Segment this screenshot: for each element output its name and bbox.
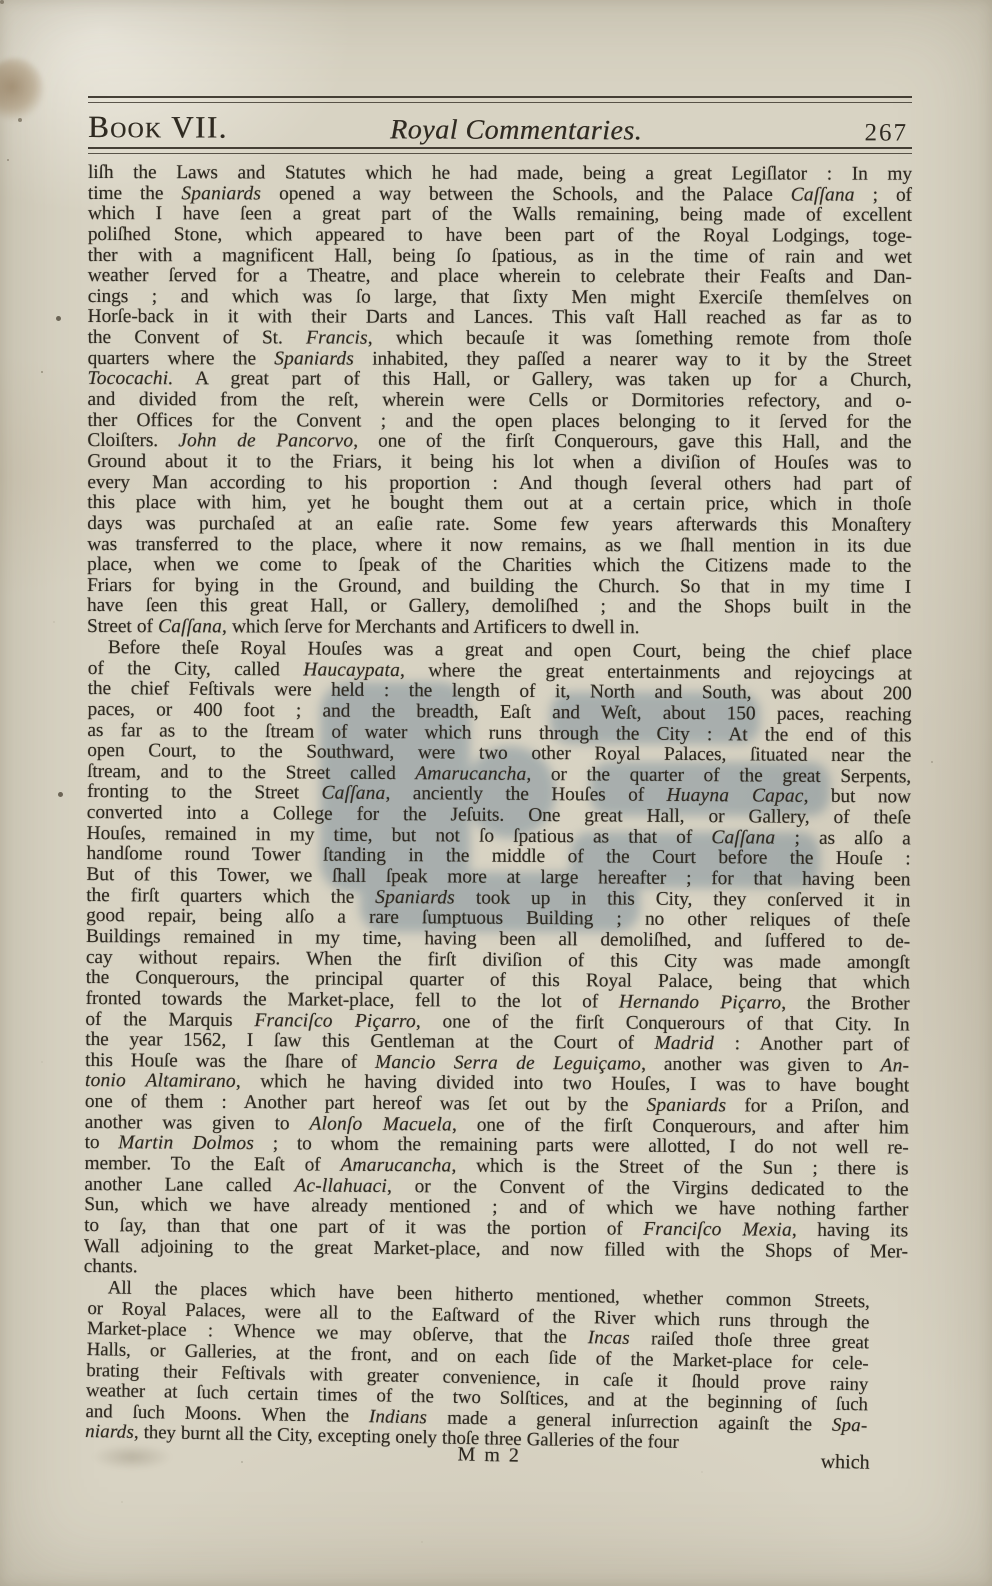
italic-text: Madrid <box>655 1033 715 1054</box>
running-header: Book VII. Royal Commentaries. 267 <box>88 109 912 149</box>
text-line: place, when we come to ſpeak of the Char… <box>87 555 911 577</box>
italic-text: Spa- <box>832 1414 868 1436</box>
scanned-book-page: Book VII. Royal Commentaries. 267 liſh t… <box>0 0 992 1586</box>
italic-text: Indians <box>369 1406 427 1428</box>
italic-text: Tococachi. <box>88 368 174 389</box>
catchword: which <box>821 1451 870 1475</box>
running-title: Royal Commentaries. <box>228 114 865 149</box>
italic-text: Caſſana <box>791 184 855 205</box>
text-line: days was purchaſed at an eaſie rate. Som… <box>87 514 911 536</box>
body-text: liſh the Laws and Statutes which he had … <box>88 163 912 1443</box>
paper-stain <box>0 58 44 122</box>
italic-text: Ac-llahuaci <box>294 1175 387 1197</box>
margin-mark <box>58 792 63 797</box>
italic-text: Huayna Capac <box>667 785 804 807</box>
text-line: Street of Caſſana, which ſerve for Merch… <box>87 617 911 639</box>
paper-speckles <box>0 0 4 4</box>
italic-text: Spaniards <box>646 1095 726 1117</box>
italic-text: John de Pancorvo <box>178 431 353 452</box>
italic-text: Spaniards <box>274 348 354 369</box>
italic-text: Spaniards <box>375 886 455 908</box>
italic-text: Franciſco Piçarro <box>254 1009 416 1031</box>
italic-text: Franciſco Mexia <box>643 1218 792 1240</box>
text-line: the Convent of St. Francis, which becauſ… <box>88 328 912 350</box>
italic-text: Martin Dolmos <box>118 1132 254 1154</box>
italic-text: Incas <box>588 1327 630 1349</box>
text-line: weather ſerved for a Theatre, and place … <box>88 266 912 288</box>
text-line: and divided from the reſt, wherein were … <box>87 390 911 412</box>
paragraph: Before theſe Royal Houſes was a great an… <box>84 638 912 1283</box>
italic-text: tonio Altamirano <box>85 1070 236 1092</box>
italic-text: Amarucancha <box>340 1154 451 1176</box>
italic-text: Mancio Serra de Leguiçamo <box>375 1051 641 1074</box>
margin-mark <box>56 316 61 321</box>
text-block: Book VII. Royal Commentaries. 267 liſh t… <box>88 0 912 1443</box>
italic-text: Caſſana <box>158 616 222 637</box>
italic-text: Amarucancha <box>415 763 526 785</box>
text-line: this place with him, yet he bought them … <box>87 493 911 515</box>
italic-text: Francis <box>306 328 368 349</box>
page-number: 267 <box>864 119 912 147</box>
italic-text: Haucaypata <box>303 659 400 681</box>
text-line: Ground about it to the Friars, it being … <box>87 452 911 474</box>
header-rule-top <box>88 96 912 103</box>
text-line: poliſhed Stone, which appeared to have b… <box>88 225 912 247</box>
italic-text: Alonſo Macuela <box>309 1113 452 1135</box>
italic-text: Caſſana <box>322 783 386 804</box>
paragraph: All the places which have been hitherto … <box>85 1278 870 1457</box>
italic-text: An- <box>881 1055 910 1076</box>
italic-text: Spaniards <box>181 183 261 204</box>
italic-text: Caſſana <box>711 827 775 848</box>
paragraph: liſh the Laws and Statutes which he had … <box>87 163 912 639</box>
book-label: Book VII. <box>88 109 228 146</box>
italic-text: Hernando Piçarro <box>619 991 781 1013</box>
